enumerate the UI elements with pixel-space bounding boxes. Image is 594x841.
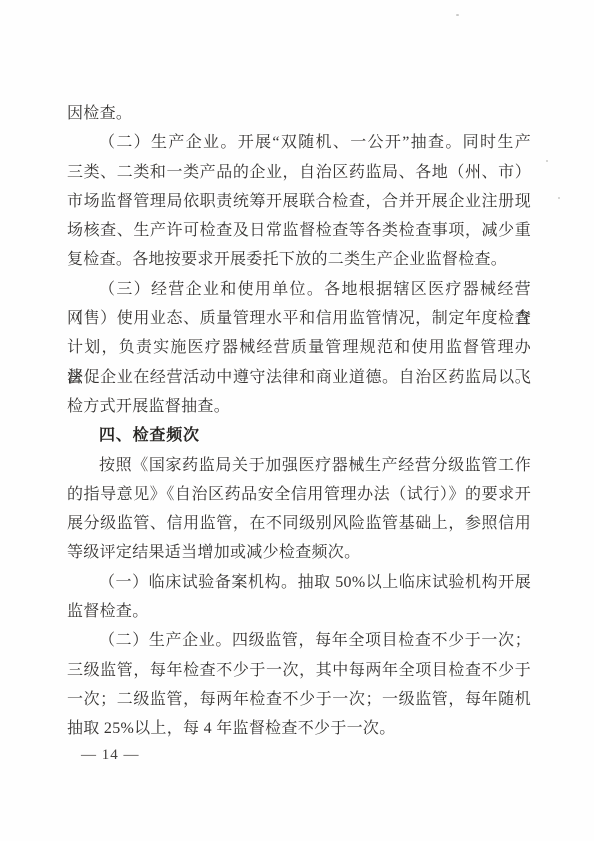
text-line: 三级监管，每年检查不少于一次，其中每两年全项目检查不少于 xyxy=(67,656,531,685)
text-line: 三类、二类和一类产品的企业，自治区药监局、各地（州、市） xyxy=(67,158,531,187)
text-line: 按照《国家药监局关于加强医疗器械生产经营分级监管工作 xyxy=(67,451,531,480)
text-line: 一次；二级监管，每两年检查不少于一次；一级监管，每年随机 xyxy=(67,685,531,714)
scan-speck xyxy=(558,197,560,199)
text-line: 等级评定结果适当增加或减少检查频次。 xyxy=(67,538,531,567)
document-page: 因检查。 （二）生产企业。开展“双随机、一公开”抽查。同时生产 三类、二类和一类… xyxy=(0,0,594,841)
text-line: 检方式开展监督抽查。 xyxy=(67,392,531,421)
text-line: 展分级监管、信用监管，在不同级别风险监管基础上，参照信用 xyxy=(67,509,531,538)
text-line: 市场监督管理局依职责统筹开展联合检查，合并开展企业注册现 xyxy=(67,187,531,216)
text-line: （三）经营企业和使用单位。各地根据辖区医疗器械经营（含 xyxy=(67,275,531,304)
text-line: 抽取 25%以上，每 4 年监督检查不少于一次。 xyxy=(67,714,531,743)
document-body: 因检查。 （二）生产企业。开展“双随机、一公开”抽查。同时生产 三类、二类和一类… xyxy=(67,99,531,744)
text-line: 网售）使用业态、质量管理水平和信用监管情况，制定年度检查 xyxy=(67,304,531,333)
text-line: 复检查。各地按要求开展委托下放的二类生产企业监督检查。 xyxy=(67,245,531,274)
text-line: （二）生产企业。开展“双随机、一公开”抽查。同时生产 xyxy=(67,128,531,157)
text-line: 因检查。 xyxy=(67,99,531,128)
text-line: （二）生产企业。四级监管，每年全项目检查不少于一次； xyxy=(67,626,531,655)
text-line: 监督检查。 xyxy=(67,597,531,626)
section-heading: 四、检查频次 xyxy=(67,421,531,450)
scan-speck xyxy=(546,160,548,162)
text-line: 的指导意见》《自治区药品安全信用管理办法（试行）》的要求开 xyxy=(67,480,531,509)
text-line: 场核查、生产许可检查及日常监督检查等各类检查事项，减少重 xyxy=(67,216,531,245)
scan-speck xyxy=(456,14,459,16)
text-line: 计划，负责实施医疗器械经营质量管理规范和使用监督管理办法。 xyxy=(67,333,531,362)
text-line: 督促企业在经营活动中遵守法律和商业道德。自治区药监局以飞 xyxy=(67,363,531,392)
page-number: — 14 — xyxy=(81,747,140,764)
text-line: （一）临床试验备案机构。抽取 50%以上临床试验机构开展 xyxy=(67,568,531,597)
